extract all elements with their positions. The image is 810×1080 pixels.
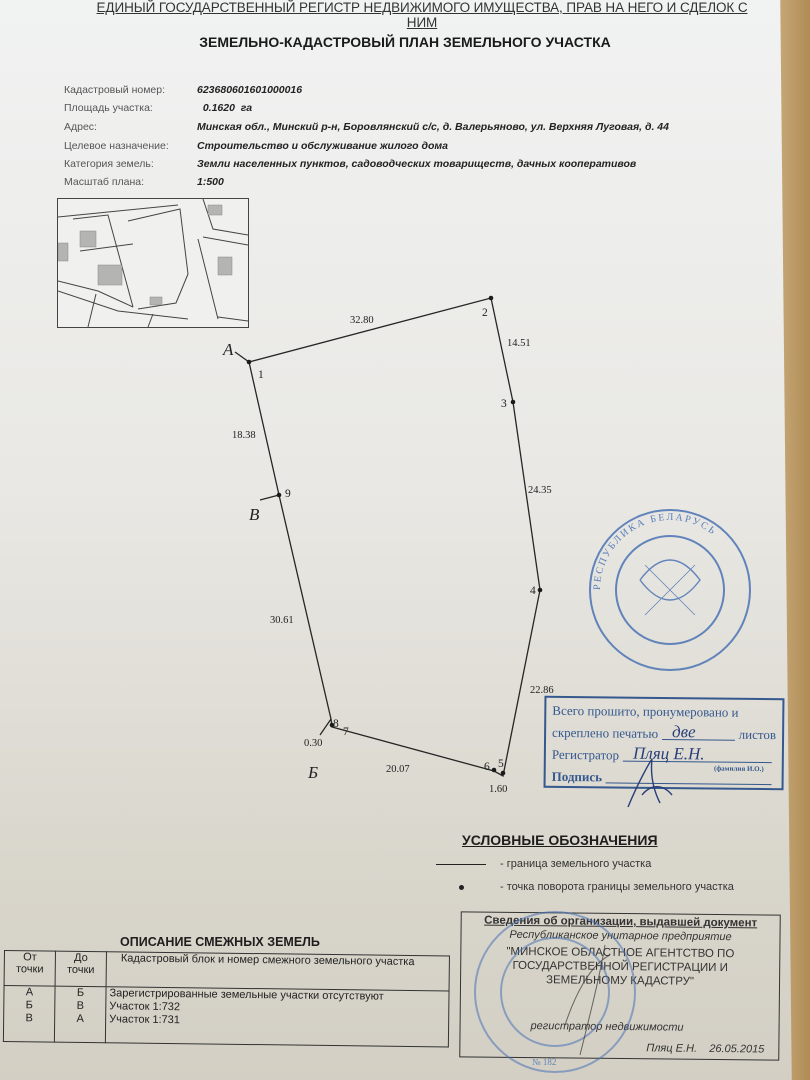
point-label-8: 8	[333, 718, 339, 730]
turning-point-icon	[459, 885, 464, 890]
segment-length-4-5: 22.86	[530, 685, 554, 696]
org-signer: Пляц Е.Н.	[646, 1042, 697, 1055]
stamp-label: Регистратор	[552, 744, 619, 767]
legend-item-boundary: - граница земельного участка	[430, 858, 651, 870]
stamp-label: скреплено печатью	[552, 722, 658, 745]
seal-number: № 182	[532, 1057, 556, 1067]
segment-length-1-2: 32.80	[350, 315, 374, 326]
cell-from: А	[7, 986, 51, 1000]
column-header-from: От точки	[4, 951, 55, 987]
org-heading: Сведения об организации, выдавшей докуме…	[462, 914, 780, 929]
point-label-4: 4	[530, 585, 536, 597]
legend-label: - точка поворота границы земельного учас…	[500, 881, 734, 893]
sheet-count-handwritten: две	[672, 721, 696, 743]
turning-point-markers	[247, 296, 543, 776]
segment-length-6-7: 20.07	[386, 764, 410, 775]
cell-from: В	[7, 1012, 51, 1026]
issue-date: 26.05.2015	[709, 1043, 764, 1056]
column-header-description: Кадастровый блок и номер смежного земель…	[106, 952, 449, 991]
registrar-name-handwritten: Пляц Е.Н.	[633, 743, 705, 766]
neighbor-marker-v: В	[249, 505, 260, 524]
neighbor-marker-a: А	[222, 340, 234, 359]
segment-length-8-9: 30.61	[270, 615, 294, 626]
adjacent-lands-table: От точки До точки Кадастровый блок и ном…	[3, 950, 450, 1047]
org-role: регистратор недвижимости	[531, 1020, 684, 1034]
boundary-line-icon	[436, 864, 486, 865]
segment-length-5-6: 1.60	[489, 784, 507, 795]
segment-length-2-3: 14.51	[507, 338, 531, 349]
legend-title: УСЛОВНЫЕ ОБОЗНАЧЕНИЯ	[462, 832, 658, 848]
neighbor-marker-b: Б	[307, 763, 318, 782]
cell-to: А	[58, 1013, 102, 1027]
segment-length-7-8: 0.30	[304, 738, 322, 749]
cell-to: Б	[58, 987, 102, 1001]
segment-length-9-1: 18.38	[232, 430, 256, 441]
legend-label: - граница земельного участка	[500, 858, 651, 870]
table-row: А Б В Б В А Зарегистрированные земельные…	[3, 986, 449, 1047]
stamp-label: Подпись	[552, 766, 603, 789]
adjacent-lands-title: ОПИСАНИЕ СМЕЖНЫХ ЗЕМЕЛЬ	[120, 935, 320, 949]
stamp-label: листов	[739, 724, 777, 746]
legend-item-turning-point: - точка поворота границы земельного учас…	[430, 881, 734, 893]
point-label-5: 5	[498, 758, 504, 770]
cell-from: Б	[7, 999, 51, 1013]
point-label-6: 6	[484, 761, 490, 773]
org-kind: Республиканское унитарное предприятие	[461, 928, 779, 943]
point-label-7: 7	[343, 726, 349, 738]
point-label-2: 2	[482, 307, 488, 319]
org-name: "МИНСКОЕ ОБЛАСТНОЕ АГЕНТСТВО ПО ГОСУДАРС…	[461, 944, 779, 989]
point-label-9: 9	[285, 488, 291, 500]
stamp-line-1: Всего прошито, пронумеровано и	[552, 700, 776, 724]
point-label-1: 1	[258, 369, 264, 381]
point-label-3: 3	[501, 398, 507, 410]
segment-length-3-4: 24.35	[528, 485, 552, 496]
binding-stamp: Всего прошито, пронумеровано и скреплено…	[544, 696, 785, 791]
cell-to: В	[58, 1000, 102, 1014]
column-header-to: До точки	[55, 951, 106, 987]
issuing-organization-box: Сведения об организации, выдавшей докуме…	[459, 911, 781, 1060]
